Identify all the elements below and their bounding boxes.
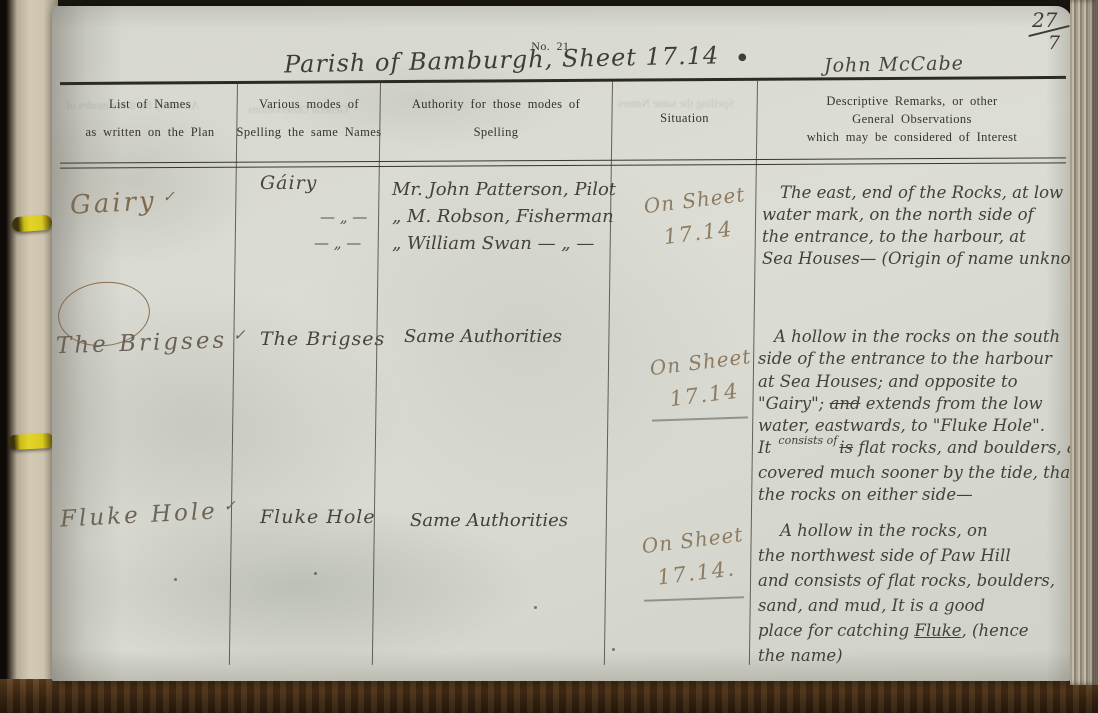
row3-remarks: A hollow in the rocks, on the northwest … <box>758 518 1062 668</box>
column-header-line: Situation <box>660 111 709 126</box>
column-header-line: Descriptive Remarks, or other <box>826 94 997 109</box>
column-header-line: Authority for those modes of <box>412 97 580 112</box>
column-divider <box>229 81 238 665</box>
column-header-line: as written on the Plan <box>85 125 214 140</box>
remarks-line: side of the entrance to the harbour <box>758 348 1062 370</box>
column-header-remarks: Descriptive Remarks, or other General Ob… <box>759 94 1065 145</box>
ink-speck <box>534 606 537 609</box>
remarks-line: the entrance, to the harbour, at <box>762 226 1064 248</box>
ink-speck <box>314 572 317 575</box>
page-fore-edge <box>1070 0 1098 685</box>
bleed-through-text: Spelling the same Names <box>618 98 735 110</box>
folio-bottom: 7 <box>1048 32 1060 54</box>
row2-spelling: The Brigses <box>260 328 385 350</box>
row2-situation: On Sheet 17.14 <box>637 343 768 415</box>
row3-spelling: Fluke Hole <box>260 506 376 528</box>
remarks-line: the northwest side of Paw Hill <box>758 543 1062 568</box>
ink-speck <box>612 648 615 651</box>
row2-remarks: A hollow in the rocks on the south side … <box>758 326 1062 506</box>
folio-number: 27 7 <box>1030 8 1074 60</box>
remarks-line: A hollow in the rocks, on <box>758 518 1062 543</box>
inserted-words: consists of <box>778 430 837 452</box>
remarks-line: the rocks on either side— <box>758 484 1062 506</box>
column-header-authority: Authority for those modes of Spelling <box>382 97 610 140</box>
column-header-line: Spelling the same Names <box>237 125 382 140</box>
authority-line: Mr. John Patterson, Pilot <box>392 176 616 203</box>
name-book-page: 27 7 No. 21. Parish of Bamburgh, Sheet 1… <box>52 6 1072 681</box>
remarks-line: water mark, on the north side of <box>762 204 1064 226</box>
column-header-line: Various modes of <box>259 97 359 112</box>
column-header-situation: Situation <box>614 111 755 126</box>
remarks-line: sand, and mud, It is a good <box>758 593 1062 618</box>
column-header-line: List of Names <box>109 97 191 112</box>
remarks-line: The east, end of the Rocks, at low <box>762 182 1064 204</box>
column-divider <box>372 81 381 665</box>
remarks-line: place for catching Fluke, (hence <box>758 618 1062 643</box>
row3-situation: On Sheet 17.14. <box>629 521 760 593</box>
book-binding-edge <box>0 0 58 679</box>
remarks-line: the name) <box>758 643 1062 668</box>
page-title-script: Parish of Bamburgh, Sheet 17.14 ● <box>284 42 714 79</box>
column-header-line: Spelling <box>474 125 519 140</box>
authority-line: „ M. Robson, Fisherman <box>392 203 616 230</box>
check-mark: ✓ <box>233 326 246 344</box>
pencil-underline <box>652 416 748 421</box>
check-mark: ✓ <box>223 496 237 515</box>
column-divider <box>604 81 613 665</box>
row3-plan-name: Fluke Hole✓ <box>59 497 237 532</box>
row1-spelling-ditto: — „ — <box>320 208 367 226</box>
row1-situation: On Sheet 17.14 <box>631 181 762 253</box>
remarks-line: It consists ofis flat rocks, and boulder… <box>758 437 1062 461</box>
column-header-spelling-modes: Various modes of Spelling the same Names <box>238 97 380 140</box>
check-mark: ✓ <box>162 187 176 206</box>
binding-thread-stitch <box>12 215 53 233</box>
ink-speck <box>174 578 177 581</box>
remarks-line: A hollow in the rocks on the south <box>758 326 1062 348</box>
book-photo: 27 7 No. 21. Parish of Bamburgh, Sheet 1… <box>0 0 1098 713</box>
row1-spelling: Gáiry <box>260 172 317 194</box>
pencil-underline <box>644 596 744 601</box>
column-header-line: General Observations <box>852 112 972 127</box>
remarks-line: and consists of flat rocks, boulders, <box>758 568 1062 593</box>
underlined-word: Fluke <box>914 621 961 640</box>
authority-line: „ William Swan — „ — <box>392 230 616 257</box>
row1-remarks: The east, end of the Rocks, at low water… <box>762 182 1064 270</box>
remarks-line: "Gairy"; and extends from the low <box>758 393 1062 415</box>
row1-plan-name: Gairy✓ <box>69 185 176 220</box>
column-header-names: List of Names as written on the Plan <box>62 97 238 140</box>
title-text: Parish of Bamburgh, Sheet 17.14 <box>284 41 720 78</box>
struck-word: is <box>839 438 853 457</box>
remarks-line: Sea Houses— (Origin of name unknown) <box>762 248 1064 270</box>
header-top-rule <box>60 76 1066 85</box>
row2-plan-name: The Brigses✓ <box>56 327 247 360</box>
row3-authorities: Same Authorities <box>410 510 568 531</box>
column-header-line: which may be considered of Interest <box>807 130 1018 145</box>
row1-spelling-ditto: — „ — <box>314 234 361 252</box>
struck-word: and <box>830 394 861 413</box>
row1-authorities: Mr. John Patterson, Pilot „ M. Robson, F… <box>392 176 616 257</box>
remarks-line: covered much sooner by the tide, than <box>758 462 1062 484</box>
binding-thread-stitch <box>8 433 55 450</box>
surveyor-signature: John McCabe <box>824 51 1034 77</box>
row2-authorities: Same Authorities <box>404 326 562 347</box>
title-end-mark: ● <box>738 52 748 63</box>
remarks-line: at Sea Houses; and opposite to <box>758 371 1062 393</box>
